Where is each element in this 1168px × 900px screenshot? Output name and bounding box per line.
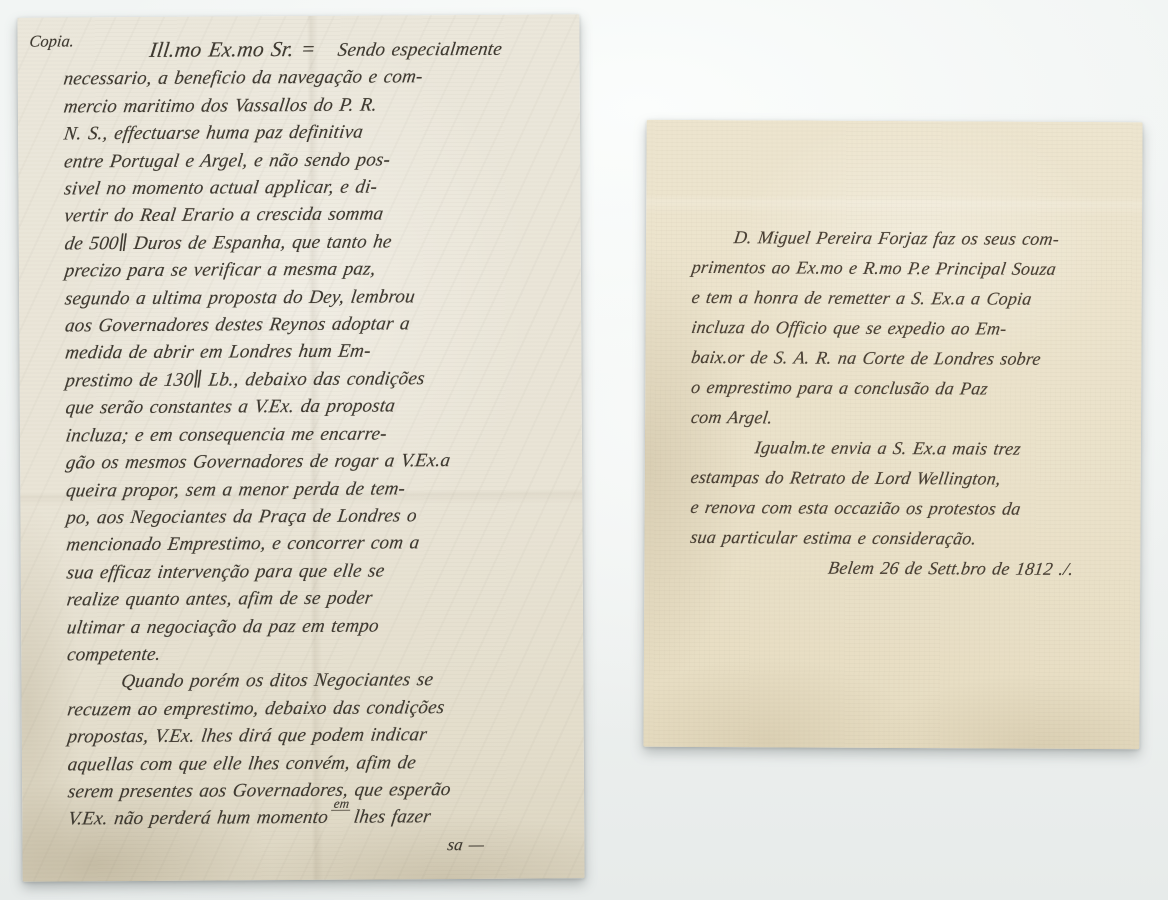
left-manuscript-page: Copia. Ill.mo Ex.mo Sr. = Sendo especial…: [17, 14, 584, 881]
opening-words: Sendo especialmente: [337, 39, 504, 61]
catchword: sa —: [67, 830, 575, 861]
manuscript-line: primentos ao Ex.mo e R.mo P.e Principal …: [690, 252, 1128, 284]
manuscript-line: mercio maritimo dos Vassallos do P. R.: [62, 90, 570, 121]
manuscript-line: e tem a honra de remetter a S. Ex.a a Co…: [690, 282, 1128, 314]
dateline: Belem 26 de Sett.bro de 1812 ./.: [688, 552, 1126, 584]
manuscript-line: prestimo de 130∥ Lb., debaixo das condiç…: [64, 364, 572, 395]
photo-background: Copia. Ill.mo Ex.mo Sr. = Sendo especial…: [0, 0, 1168, 900]
left-manuscript-text: Ill.mo Ex.mo Sr. = Sendo especialmente n…: [61, 34, 570, 860]
manuscript-line: sua efficaz intervenção para que elle se: [65, 556, 573, 587]
manuscript-line: Quando porém os ditos Negociantes se: [66, 666, 574, 697]
manuscript-line: necessario, a beneficio da navegação e c…: [62, 63, 570, 94]
manuscript-line: propostas, V.Ex. lhes dirá que podem ind…: [66, 720, 574, 751]
manuscript-line: estampas do Retrato de Lord Wellington,: [689, 462, 1127, 494]
manuscript-line-with-insertion: V.Ex. não perderá hum momentoemlhes faze…: [66, 803, 574, 834]
manuscript-line: D. Miguel Pereira Forjaz faz os seus com…: [690, 222, 1128, 254]
manuscript-line: segundo a ultima proposta do Dey, lembro…: [63, 282, 571, 313]
insertion-before-text: V.Ex. não perderá hum momento: [67, 807, 330, 830]
manuscript-line: aquellas com que elle lhes convém, afim …: [66, 748, 574, 779]
manuscript-line: com Argel.: [689, 402, 1127, 434]
right-manuscript-text: D. Miguel Pereira Forjaz faz os seus com…: [688, 222, 1124, 584]
manuscript-line: Igualm.te envia a S. Ex.a mais trez: [689, 432, 1127, 464]
manuscript-line: o emprestimo para a conclusão da Paz: [689, 372, 1127, 404]
manuscript-line: incluza do Officio que se expedio ao Em-: [689, 312, 1127, 344]
manuscript-line: sivel no momento actual applicar, e di-: [62, 172, 570, 203]
manuscript-line: precizo para se verificar a mesma paz,: [63, 255, 571, 286]
manuscript-line: serem presentes aos Governadores, que es…: [66, 775, 574, 806]
manuscript-line: baix.or de S. A. R. na Corte de Londres …: [689, 342, 1127, 374]
manuscript-line: medida de abrir em Londres hum Em-: [64, 337, 572, 368]
manuscript-line: que serão constantes a V.Ex. da proposta: [64, 392, 572, 423]
inserted-word: em: [331, 797, 352, 811]
manuscript-line: de 500∥ Duros de Espanha, que tanto he: [63, 227, 571, 258]
manuscript-line: vertir do Real Erario a crescida somma: [63, 200, 571, 231]
manuscript-line: mencionado Emprestimo, e concorrer com a: [65, 529, 573, 560]
insertion-after-text: lhes fazer: [353, 807, 433, 828]
manuscript-line: aos Governadores destes Reynos adoptar a: [63, 309, 571, 340]
manuscript-line: recuzem ao emprestimo, debaixo das condi…: [66, 693, 574, 724]
salutation: Ill.mo Ex.mo Sr. =: [148, 37, 317, 62]
paragraph-1: necessario, a beneficio da navegação e c…: [62, 63, 570, 669]
manuscript-line: sua particular estima e consideração.: [688, 522, 1126, 554]
right-manuscript-page: D. Miguel Pereira Forjaz faz os seus com…: [643, 120, 1142, 750]
paragraph-2: Quando porém os ditos Negociantes serecu…: [65, 666, 570, 806]
manuscript-line: po, aos Negociantes da Praça de Londres …: [65, 501, 573, 532]
manuscript-line: realize quanto antes, afim de se poder: [65, 583, 573, 614]
manuscript-line: gão os mesmos Governadores de rogar a V.…: [64, 446, 572, 477]
manuscript-line: e renova com esta occazião os protestos …: [689, 492, 1127, 524]
paragraph-2: Igualm.te envia a S. Ex.a mais trezestam…: [688, 432, 1123, 554]
manuscript-line: N. S., effectuarse huma paz definitiva: [62, 118, 570, 149]
salutation-line: Ill.mo Ex.mo Sr. = Sendo especialmente: [62, 34, 570, 66]
manuscript-line: competente.: [65, 638, 573, 669]
manuscript-line: ultimar a negociação da paz em tempo: [65, 611, 573, 642]
manuscript-line: incluza; e em consequencia me encarre-: [64, 419, 572, 450]
paragraph-1: D. Miguel Pereira Forjaz faz os seus com…: [689, 222, 1124, 434]
manuscript-line: queira propor, sem a menor perda de tem-: [64, 474, 572, 505]
manuscript-line: entre Portugal e Argel, e não sendo pos-: [62, 145, 570, 176]
